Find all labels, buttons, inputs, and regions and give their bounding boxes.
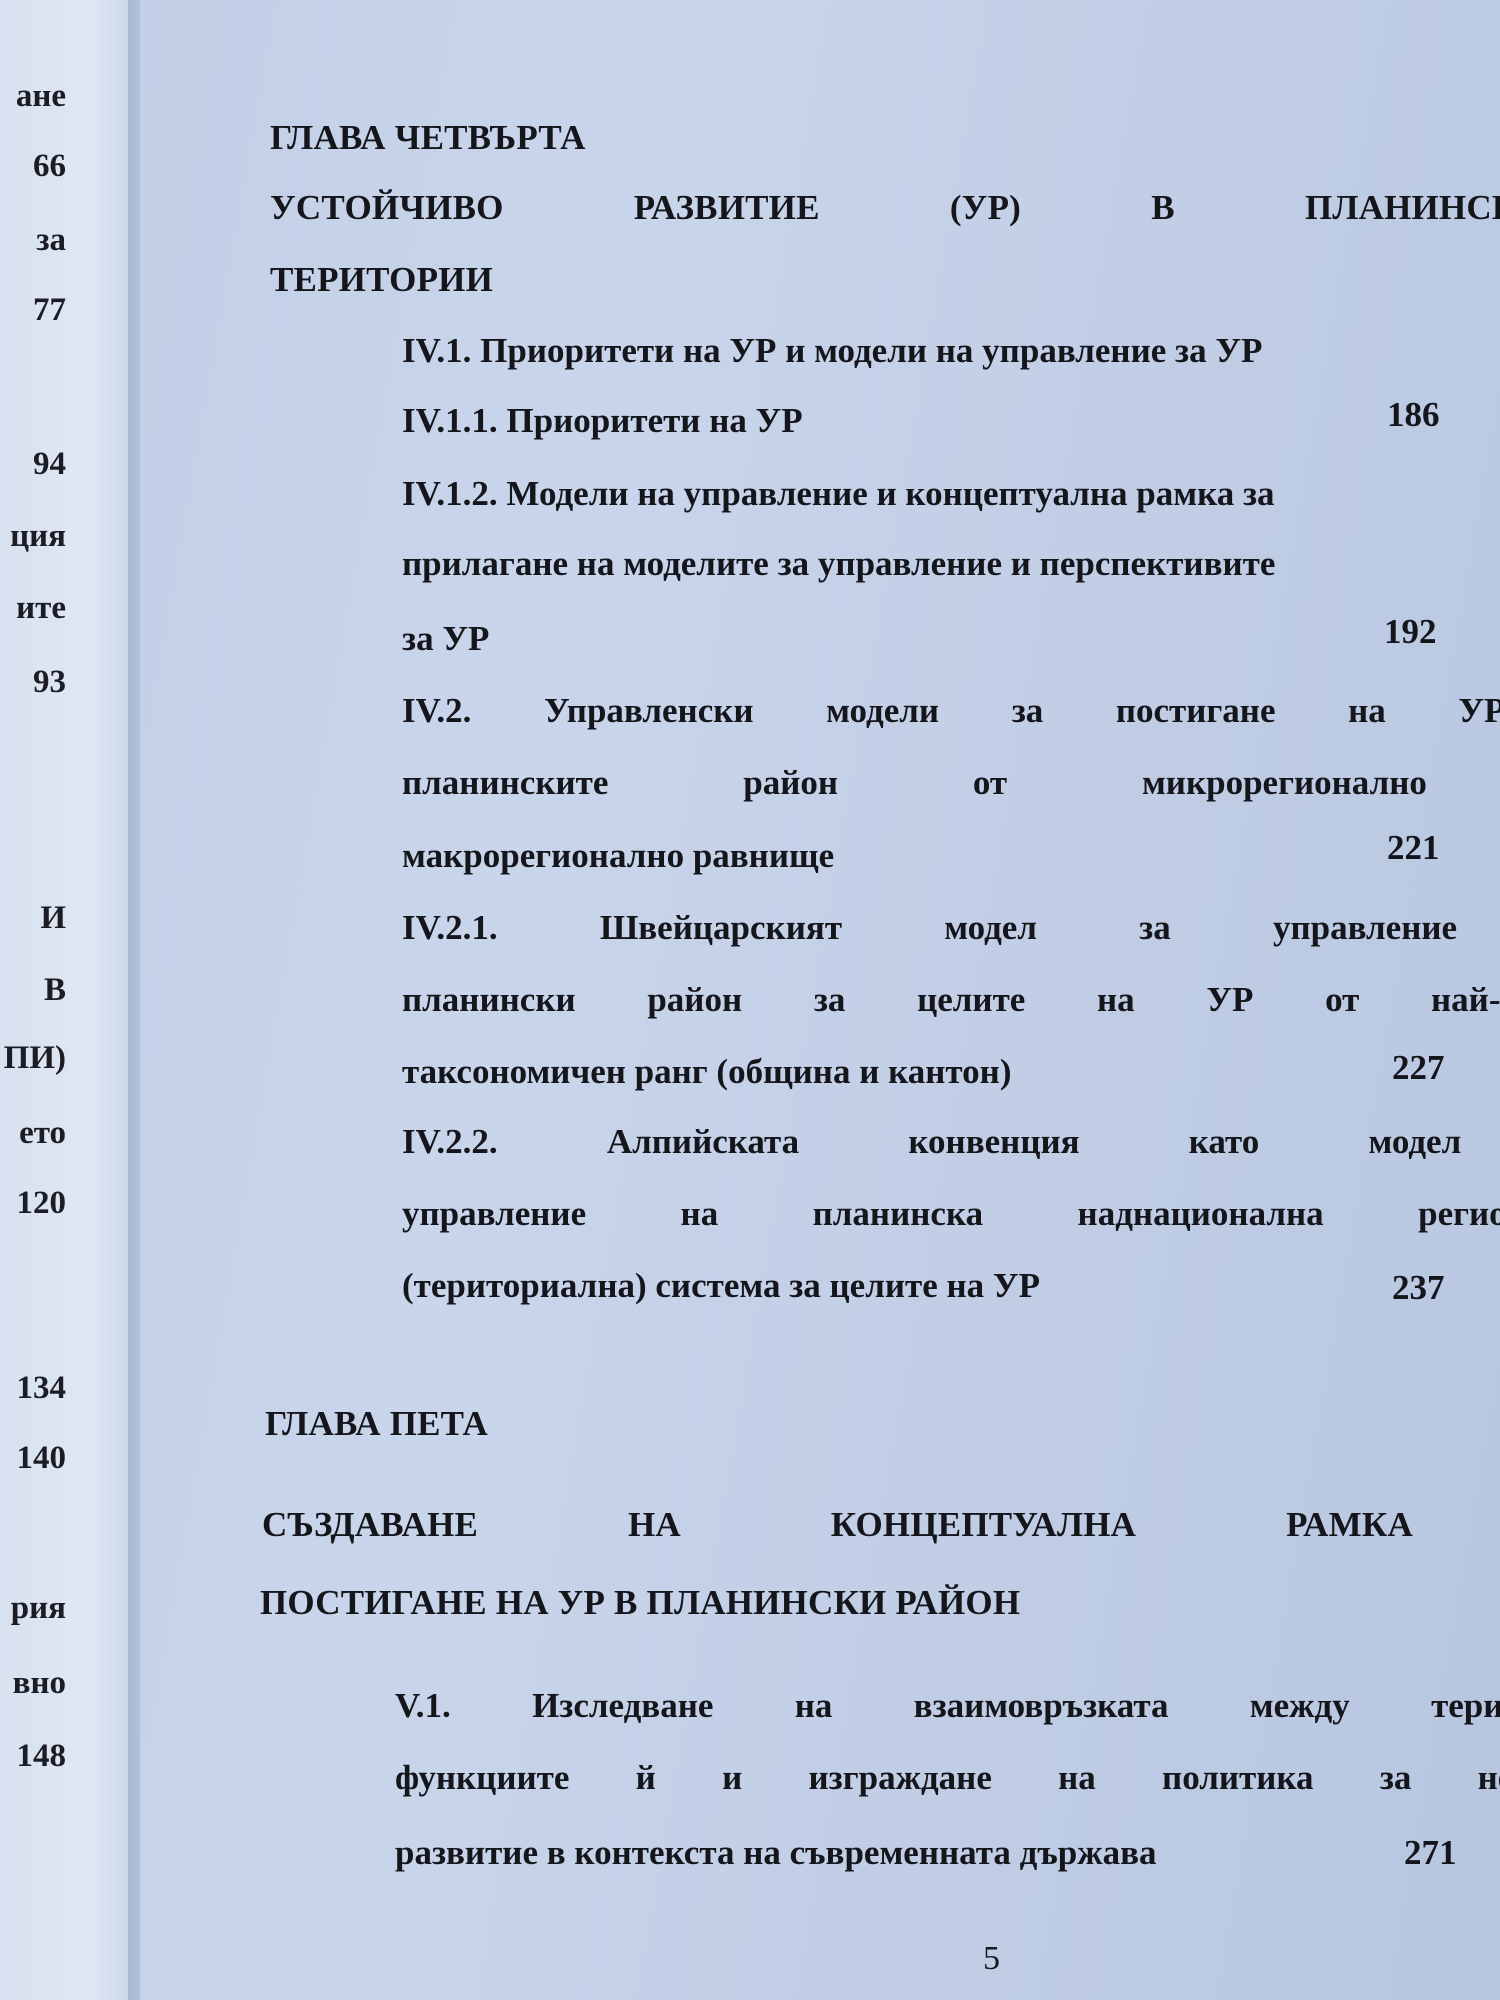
word: регионална <box>1418 1196 1500 1231</box>
title-word: НА <box>628 1507 681 1542</box>
left-page-fragment: вно <box>13 1665 66 1702</box>
word: между <box>1250 1688 1350 1723</box>
toc-page: ГЛАВА ЧЕТВЪРТА УСТОЙЧИВО РАЗВИТИЕ (УР) В… <box>140 0 1500 2000</box>
word: планинските <box>402 765 608 800</box>
toc-entry-iv-2-cont: планинскитерайонотмикрорегионалнодо <box>402 765 1500 800</box>
left-page-fragment: ция <box>10 518 66 555</box>
title-word: СЪЗДАВАНЕ <box>262 1507 478 1542</box>
word: УР <box>1206 982 1253 1017</box>
chapter-4-label: ГЛАВА ЧЕТВЪРТА <box>270 120 586 155</box>
word: Алпийската <box>607 1124 799 1159</box>
word: за <box>1012 693 1044 728</box>
title-word: КОНЦЕПТУАЛНА <box>831 1507 1136 1542</box>
toc-entry-iv-2-1-cont: планинскирайонзацелитенаУРотнай-нисък <box>402 982 1500 1017</box>
toc-entry-v-1-cont: развитие в контекста на съвременната дър… <box>395 1835 1156 1870</box>
left-page-fragment: 148 <box>17 1738 67 1775</box>
left-page-fragment: ето <box>19 1115 66 1152</box>
toc-entry-iv-2-1[interactable]: IV.2.1.Швейцарскиятмоделзауправлениена <box>402 910 1500 945</box>
left-page-fragment: ПИ) <box>4 1040 66 1077</box>
left-page-fragment: 134 <box>17 1370 67 1407</box>
word: изграждане <box>809 1760 992 1795</box>
word: V.1. <box>395 1688 451 1723</box>
left-page-fragment: за <box>36 222 66 259</box>
word: Управленски <box>544 693 754 728</box>
left-page-fragment: 94 <box>33 446 66 483</box>
toc-entry-iv-2-cont: макрорегионално равнище <box>402 838 834 873</box>
left-page-fragment: 77 <box>33 292 66 329</box>
toc-entry-iv-1-2[interactable]: IV.1.2. Модели на управление и концептуа… <box>402 476 1275 511</box>
chapter-5-title-line2: ПОСТИГАНЕ НА УР В ПЛАНИНСКИ РАЙОН <box>260 1585 1020 1620</box>
left-page-fragment: рия <box>11 1590 66 1627</box>
title-word: РАМКА <box>1286 1507 1413 1542</box>
title-word: РАЗВИТИЕ <box>634 190 820 225</box>
title-word: В <box>1151 190 1175 225</box>
title-word: ПЛАНИНСКИТЕ <box>1305 190 1500 225</box>
word: планинска <box>813 1196 983 1231</box>
chapter-4-title-line2: ТЕРИТОРИИ <box>270 262 493 297</box>
toc-entry-v-1-cont: функциитейиизгражданенаполитиказанейното <box>395 1760 1500 1795</box>
word: IV.2.1. <box>402 910 498 945</box>
toc-page-number: 221 <box>1387 830 1440 865</box>
word: район <box>743 765 838 800</box>
left-page-fragment: 120 <box>17 1185 67 1222</box>
toc-page-number: 192 <box>1384 614 1437 649</box>
word: на <box>1348 693 1386 728</box>
word: управление <box>1273 910 1457 945</box>
left-page-fragment: 140 <box>17 1440 67 1477</box>
word: планински <box>402 982 576 1017</box>
chapter-4-title-line1: УСТОЙЧИВО РАЗВИТИЕ (УР) В ПЛАНИНСКИТЕ <box>270 190 1500 225</box>
word: като <box>1189 1124 1259 1159</box>
word: район <box>647 982 742 1017</box>
word: на <box>1058 1760 1096 1795</box>
word: от <box>1325 982 1359 1017</box>
title-word: УСТОЙЧИВО <box>270 190 504 225</box>
word: територия, <box>1431 1688 1500 1723</box>
left-page-edge: ане66за7794цияите93ИВПИ)ето120134140рияв… <box>0 0 128 2000</box>
word: взаимовръзката <box>914 1688 1169 1723</box>
word: Швейцарският <box>600 910 842 945</box>
toc-entry-iv-1-2-cont: за УР <box>402 621 489 656</box>
word: микрорегионално <box>1142 765 1427 800</box>
word: модели <box>826 693 939 728</box>
toc-entry-iv-2-2-cont: управлениенапланинсканаднационалнарегион… <box>402 1196 1500 1231</box>
word: за <box>814 982 846 1017</box>
left-page-fragment: ане <box>16 78 66 115</box>
toc-page-number: 271 <box>1404 1835 1457 1870</box>
left-page-fragment: 66 <box>33 148 66 185</box>
word: за <box>1139 910 1171 945</box>
word: за <box>1380 1760 1412 1795</box>
toc-entry-iv-1[interactable]: IV.1. Приоритети на УР и модели на управ… <box>402 333 1262 368</box>
left-page-fragment: В <box>44 972 66 1009</box>
toc-page-number: 237 <box>1392 1270 1445 1305</box>
left-page-fragment: 93 <box>33 664 66 701</box>
word: и <box>722 1760 742 1795</box>
toc-page-number: 186 <box>1387 397 1440 432</box>
word: политика <box>1162 1760 1314 1795</box>
word: IV.2.2. <box>402 1124 498 1159</box>
word: управление <box>402 1196 586 1231</box>
word: конвенция <box>908 1124 1079 1159</box>
word: модел <box>944 910 1037 945</box>
word: Изследване <box>532 1688 713 1723</box>
chapter-5-title-line1: СЪЗДАВАНЕ НА КОНЦЕПТУАЛНА РАМКА ЗА <box>262 1507 1500 1542</box>
left-page-fragment: И <box>40 900 66 937</box>
toc-entry-v-1[interactable]: V.1.Изследваненавзаимовръзкатамеждутерит… <box>395 1688 1500 1723</box>
word: функциите <box>395 1760 569 1795</box>
word: постигане <box>1116 693 1276 728</box>
word: от <box>973 765 1007 800</box>
word: на <box>681 1196 719 1231</box>
toc-entry-iv-2-1-cont: таксономичен ранг (община и кантон) <box>402 1054 1011 1089</box>
word: УР <box>1458 693 1500 728</box>
word: целите <box>917 982 1025 1017</box>
toc-entry-iv-2[interactable]: IV.2.УправленскимоделизапостиганенаУРв <box>402 693 1500 728</box>
page-number: 5 <box>983 1940 1000 1978</box>
word: нейното <box>1478 1760 1500 1795</box>
word: най-нисък <box>1431 982 1500 1017</box>
toc-entry-iv-2-2[interactable]: IV.2.2.Алпийскатаконвенциякатомоделза <box>402 1124 1500 1159</box>
toc-page-number: 227 <box>1392 1050 1445 1085</box>
toc-entry-iv-2-2-cont: (териториална) система за целите на УР <box>402 1268 1040 1303</box>
toc-entry-iv-1-1[interactable]: IV.1.1. Приоритети на УР <box>402 403 803 438</box>
title-word: (УР) <box>950 190 1021 225</box>
chapter-5-label: ГЛАВА ПЕТА <box>265 1406 488 1441</box>
word: наднационална <box>1078 1196 1324 1231</box>
word: IV.2. <box>402 693 471 728</box>
left-page-fragment: ите <box>16 590 66 627</box>
toc-entry-iv-1-2-cont: прилагане на моделите за управление и пе… <box>402 546 1275 581</box>
word: на <box>1097 982 1135 1017</box>
word: й <box>636 1760 656 1795</box>
word: на <box>795 1688 833 1723</box>
word: модел <box>1368 1124 1461 1159</box>
